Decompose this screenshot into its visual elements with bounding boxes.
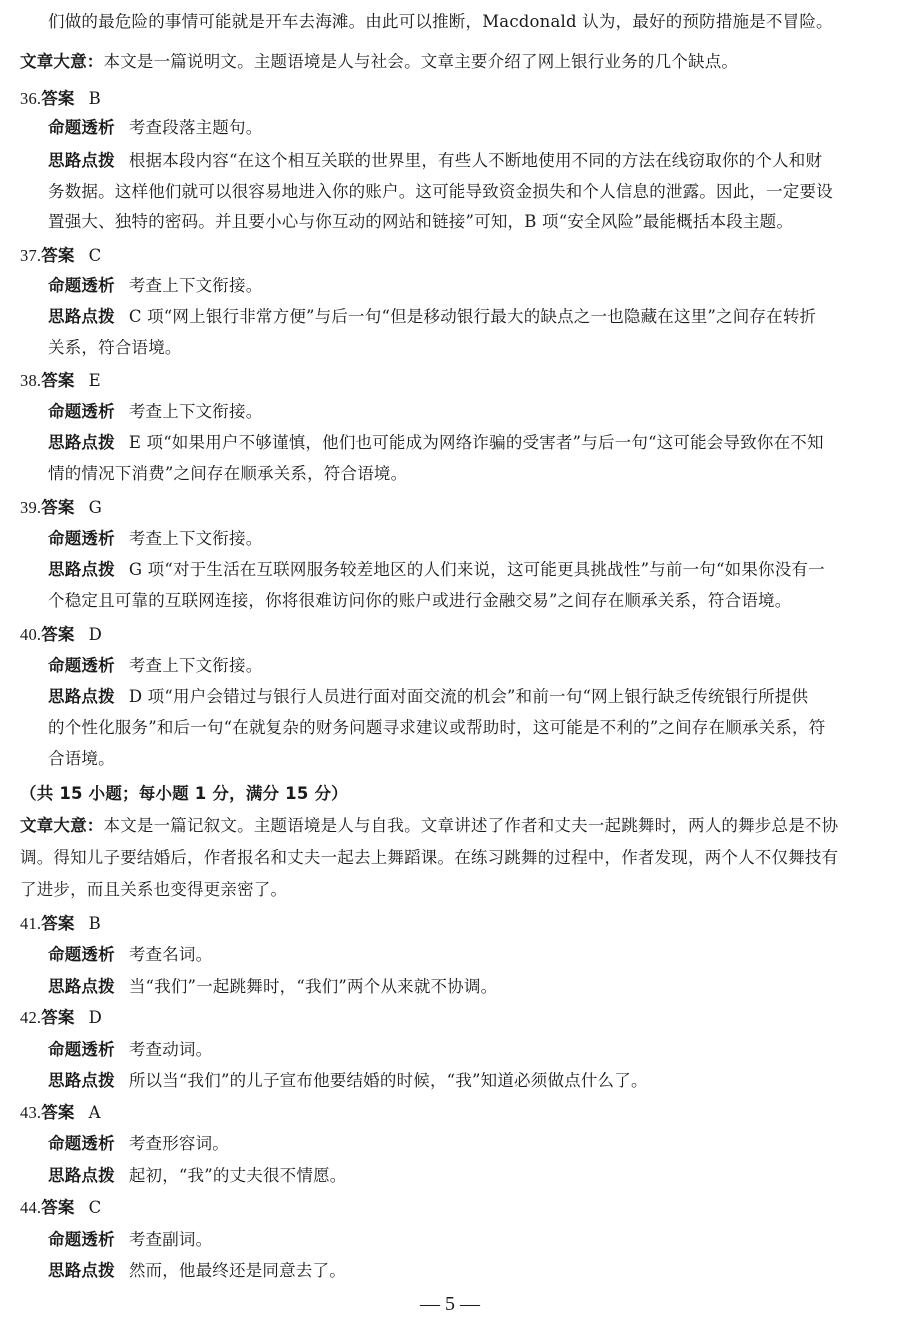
hint-label: 思路点拨	[48, 687, 115, 706]
question-37-hint: 思路点拨C 项“网上银行非常方便”与后一句“但是移动银行最大的缺点之一也隐藏在这…	[48, 307, 900, 327]
hint-continuation: 个稳定且可靠的互联网连接，你将很难访问你的账户或进行金融交易”之间存在顺承关系，…	[48, 591, 900, 611]
answer-value: E	[89, 371, 101, 390]
answer-label: 答案	[41, 1198, 74, 1217]
answer-value: B	[89, 89, 101, 108]
question-41-analysis: 命题透析考查名词。	[48, 945, 900, 965]
hint-label: 思路点拨	[48, 307, 115, 326]
hint-continuation: 的个性化服务”和后一句“在就复杂的财务问题寻求建议或帮助时，这可能是不利的”之间…	[48, 718, 900, 738]
question-number: 43.	[20, 1103, 41, 1122]
hint-text: 然而，他最终还是同意去了。	[129, 1261, 346, 1280]
question-number: 38.	[20, 371, 41, 390]
answer-label: 答案	[41, 914, 74, 933]
question-43-hint: 思路点拨起初，“我”的丈夫很不情愿。	[48, 1166, 900, 1186]
analysis-label: 命题透析	[48, 1230, 115, 1249]
question-38-analysis: 命题透析考查上下文衔接。	[48, 402, 900, 422]
question-number: 37.	[20, 246, 41, 265]
hint-text: C 项“网上银行非常方便”与后一句“但是移动银行最大的缺点之一也隐藏在这里”之间…	[129, 307, 816, 326]
answer-label: 答案	[41, 625, 74, 644]
article-summary-1: 文章大意：本文是一篇说明文。主题语境是人与社会。文章主要介绍了网上银行业务的几个…	[20, 52, 884, 72]
analysis-label: 命题透析	[48, 1040, 115, 1059]
answer-label: 答案	[41, 1103, 74, 1122]
hint-continuation: 关系，符合语境。	[48, 338, 900, 358]
answer-value: B	[89, 914, 101, 933]
analysis-text: 考查名词。	[129, 945, 213, 964]
hint-text: 根据本段内容“在这个相互关联的世界里，有些人不断地使用不同的方法在线窃取你的个人…	[129, 151, 822, 170]
question-38-answer: 38.答案E	[20, 371, 884, 391]
analysis-text: 考查动词。	[129, 1040, 213, 1059]
hint-label: 思路点拨	[48, 977, 115, 996]
hint-text: G 项“对于生活在互联网服务较差地区的人们来说，这可能更具挑战性”与前一句“如果…	[129, 560, 825, 579]
answer-value: D	[89, 625, 102, 644]
question-number: 40.	[20, 625, 41, 644]
question-number: 41.	[20, 914, 41, 933]
question-number: 42.	[20, 1008, 41, 1027]
hint-label: 思路点拨	[48, 151, 115, 170]
question-39-analysis: 命题透析考查上下文衔接。	[48, 529, 900, 549]
continuation-paragraph: 们做的最危险的事情可能就是开车去海滩。由此可以推断，Macdonald 认为，最…	[48, 12, 884, 32]
analysis-label: 命题透析	[48, 1134, 115, 1153]
hint-continuation: 置强大、独特的密码。并且要小心与你互动的网站和链接”可知，B 项“安全风险”最能…	[48, 212, 900, 232]
question-41-hint: 思路点拨当“我们”一起跳舞时，“我们”两个从来就不协调。	[48, 977, 900, 997]
answer-label: 答案	[41, 498, 74, 517]
summary-label: 文章大意：	[20, 52, 104, 71]
hint-text: 当“我们”一起跳舞时，“我们”两个从来就不协调。	[129, 977, 498, 996]
analysis-text: 考查段落主题句。	[129, 118, 263, 137]
analysis-text: 考查上下文衔接。	[129, 529, 263, 548]
hint-continuation: 合语境。	[48, 749, 900, 769]
question-38-hint: 思路点拨E 项“如果用户不够谨慎，他们也可能成为网络诈骗的受害者”与后一句“这可…	[48, 433, 900, 453]
section-header: （共 15 小题；每小题 1 分，满分 15 分）	[20, 784, 884, 804]
answer-value: C	[89, 1198, 102, 1217]
answer-label: 答案	[41, 371, 74, 390]
page-number: — 5 —	[0, 1292, 900, 1316]
analysis-label: 命题透析	[48, 656, 115, 675]
hint-text: D 项“用户会错过与银行人员进行面对面交流的机会”和前一句“网上银行缺乏传统银行…	[129, 687, 808, 706]
question-42-analysis: 命题透析考查动词。	[48, 1040, 900, 1060]
question-41-answer: 41.答案B	[20, 914, 884, 934]
question-39-answer: 39.答案G	[20, 498, 884, 518]
hint-label: 思路点拨	[48, 1166, 115, 1185]
question-40-answer: 40.答案D	[20, 625, 884, 645]
analysis-label: 命题透析	[48, 118, 115, 137]
document-page: 们做的最危险的事情可能就是开车去海滩。由此可以推断，Macdonald 认为，最…	[0, 0, 900, 1333]
question-44-answer: 44.答案C	[20, 1198, 884, 1218]
question-number: 39.	[20, 498, 41, 517]
hint-label: 思路点拨	[48, 433, 115, 452]
article-summary-2: 文章大意：本文是一篇记叙文。主题语境是人与自我。文章讲述了作者和丈夫一起跳舞时，…	[20, 816, 884, 836]
answer-value: G	[89, 498, 102, 517]
answer-label: 答案	[41, 89, 74, 108]
summary-continuation: 了进步，而且关系也变得更亲密了。	[20, 880, 884, 900]
question-37-answer: 37.答案C	[20, 246, 884, 266]
summary-label: 文章大意：	[20, 816, 104, 835]
analysis-text: 考查上下文衔接。	[129, 656, 263, 675]
question-44-hint: 思路点拨然而，他最终还是同意去了。	[48, 1261, 900, 1281]
question-43-analysis: 命题透析考查形容词。	[48, 1134, 900, 1154]
question-number: 44.	[20, 1198, 41, 1217]
hint-label: 思路点拨	[48, 1261, 115, 1280]
hint-text: E 项“如果用户不够谨慎，他们也可能成为网络诈骗的受害者”与后一句“这可能会导致…	[129, 433, 824, 452]
hint-continuation: 情的情况下消费”之间存在顺承关系，符合语境。	[48, 464, 900, 484]
question-37-analysis: 命题透析考查上下文衔接。	[48, 276, 900, 296]
hint-text: 所以当“我们”的儿子宣布他要结婚的时候，“我”知道必须做点什么了。	[129, 1071, 648, 1090]
analysis-text: 考查形容词。	[129, 1134, 229, 1153]
question-40-hint: 思路点拨D 项“用户会错过与银行人员进行面对面交流的机会”和前一句“网上银行缺乏…	[48, 687, 900, 707]
hint-text: 起初，“我”的丈夫很不情愿。	[129, 1166, 347, 1185]
question-44-analysis: 命题透析考查副词。	[48, 1230, 900, 1250]
answer-value: C	[89, 246, 102, 265]
question-39-hint: 思路点拨G 项“对于生活在互联网服务较差地区的人们来说，这可能更具挑战性”与前一…	[48, 560, 900, 580]
question-36-answer: 36.答案B	[20, 89, 884, 109]
hint-label: 思路点拨	[48, 1071, 115, 1090]
analysis-label: 命题透析	[48, 402, 115, 421]
question-42-hint: 思路点拨所以当“我们”的儿子宣布他要结婚的时候，“我”知道必须做点什么了。	[48, 1071, 900, 1091]
question-42-answer: 42.答案D	[20, 1008, 884, 1028]
answer-value: A	[89, 1103, 101, 1122]
analysis-label: 命题透析	[48, 276, 115, 295]
question-40-analysis: 命题透析考查上下文衔接。	[48, 656, 900, 676]
analysis-text: 考查上下文衔接。	[129, 402, 263, 421]
summary-text: 本文是一篇说明文。主题语境是人与社会。文章主要介绍了网上银行业务的几个缺点。	[104, 52, 739, 71]
question-43-answer: 43.答案A	[20, 1103, 884, 1123]
analysis-label: 命题透析	[48, 945, 115, 964]
summary-continuation: 调。得知儿子要结婚后，作者报名和丈夫一起去上舞蹈课。在练习跳舞的过程中，作者发现…	[20, 848, 884, 868]
answer-label: 答案	[41, 246, 74, 265]
analysis-text: 考查副词。	[129, 1230, 213, 1249]
analysis-label: 命题透析	[48, 529, 115, 548]
answer-label: 答案	[41, 1008, 74, 1027]
analysis-text: 考查上下文衔接。	[129, 276, 263, 295]
hint-label: 思路点拨	[48, 560, 115, 579]
question-number: 36.	[20, 89, 41, 108]
summary-text: 本文是一篇记叙文。主题语境是人与自我。文章讲述了作者和丈夫一起跳舞时，两人的舞步…	[104, 816, 839, 835]
hint-continuation: 务数据。这样他们就可以很容易地进入你的账户。这可能导致资金损失和个人信息的泄露。…	[48, 182, 900, 202]
answer-value: D	[89, 1008, 102, 1027]
question-36-hint: 思路点拨根据本段内容“在这个相互关联的世界里，有些人不断地使用不同的方法在线窃取…	[48, 151, 900, 171]
question-36-analysis: 命题透析考查段落主题句。	[48, 118, 900, 138]
